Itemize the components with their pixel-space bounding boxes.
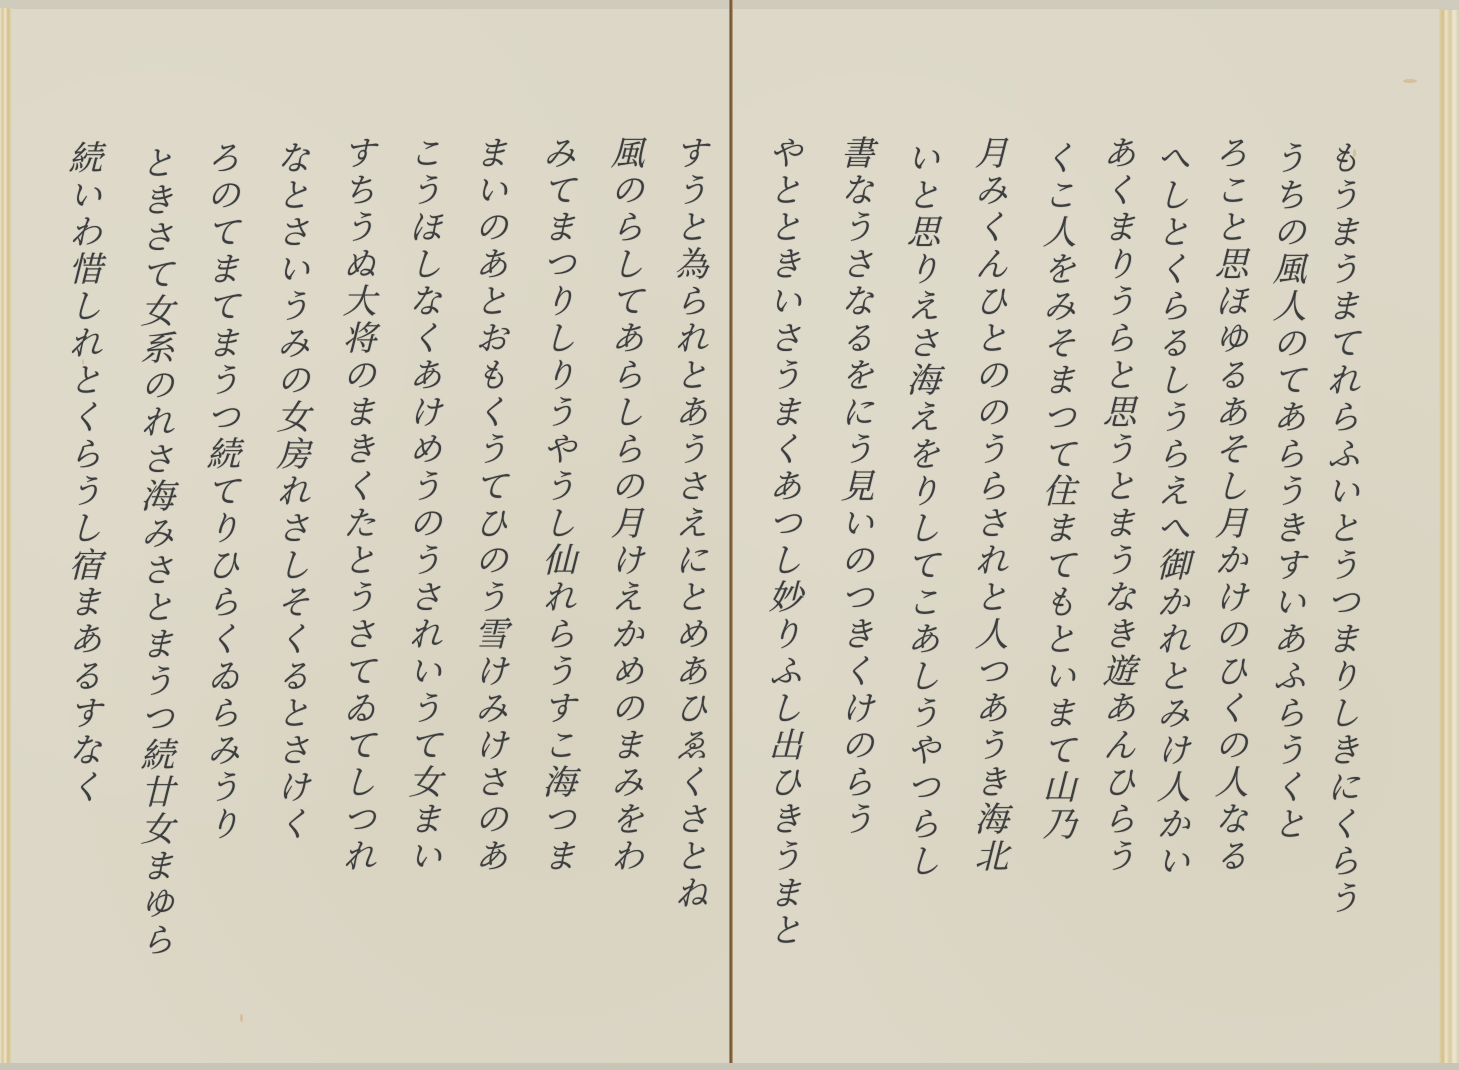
right-page-column-1: もうまうまてれらふいとうつまりしきにくらう: [1320, 140, 1360, 917]
right-page-column-7: 月みくんひとののうらされと人つあうき海北: [968, 135, 1008, 875]
right-page-column-5: あくまりうらと思うとまうなき遊あんひらう: [1096, 135, 1136, 875]
left-page-column-7: なとさいうみの女房れさしそくるとさけく: [270, 140, 310, 843]
book-spread: もうまうまてれらふいとうつまりしきにくらう うちの風人のてあらうきすいあふらうく…: [0, 0, 1459, 1070]
right-page-column-6: くこ人をみそまつて住まてもといまて山乃: [1036, 140, 1076, 843]
left-page-column-2: 風のらしてあらしらの月けえかめのまみをわ: [604, 135, 644, 875]
left-page-column-3: みてまつりしりうやうし仙れらうすこ海つま: [536, 135, 576, 875]
paper-stain: [240, 1014, 243, 1022]
left-page-column-5: こうほしなくあけめうのうされいうて女まい: [402, 135, 442, 875]
left-page-column-10: 続いわ惜しれとくらうし宿まあるすなく: [62, 140, 102, 806]
right-page-edges: [1439, 10, 1459, 1066]
right-page-column-2: うちの風人のてあらうきすいあふらうくと: [1266, 140, 1306, 843]
bottom-margin: [0, 1063, 1459, 1070]
left-page-column-4: まいのあとおもくうてひのう雪けみけさのあ: [468, 135, 508, 875]
right-page-column-3: ろこと思ほゆるあそし月かけのひくの人なる: [1208, 135, 1248, 875]
right-page-column-8: いと思りえさ海えをりしてこあしうやつらし: [900, 140, 940, 880]
paper-stain: [1403, 79, 1417, 83]
right-page-column-9: 書なうさなるをにう見いのつきくけのらう: [834, 135, 874, 838]
left-page-column-6: すちうぬ大将のまきくたとうさてゐてしつれ: [336, 135, 376, 875]
right-page-column-4: へしとくらるしうらえへ御かれとみけ人かい: [1150, 140, 1190, 880]
left-page-column-9: ときさて女系のれさ海みさとまうつ続廿女まゆら: [134, 145, 174, 959]
left-page-column-1: すうと為られとあうさえにとめあひゑくさとね: [668, 135, 708, 912]
left-page-edges: [0, 8, 12, 1066]
left-page-column-8: ろのてまてまうつ続てりひらくゐらみうり: [200, 140, 240, 843]
right-page-column-10: やとときいさうまくあつし妙りふし出ひきうまと: [762, 135, 802, 949]
